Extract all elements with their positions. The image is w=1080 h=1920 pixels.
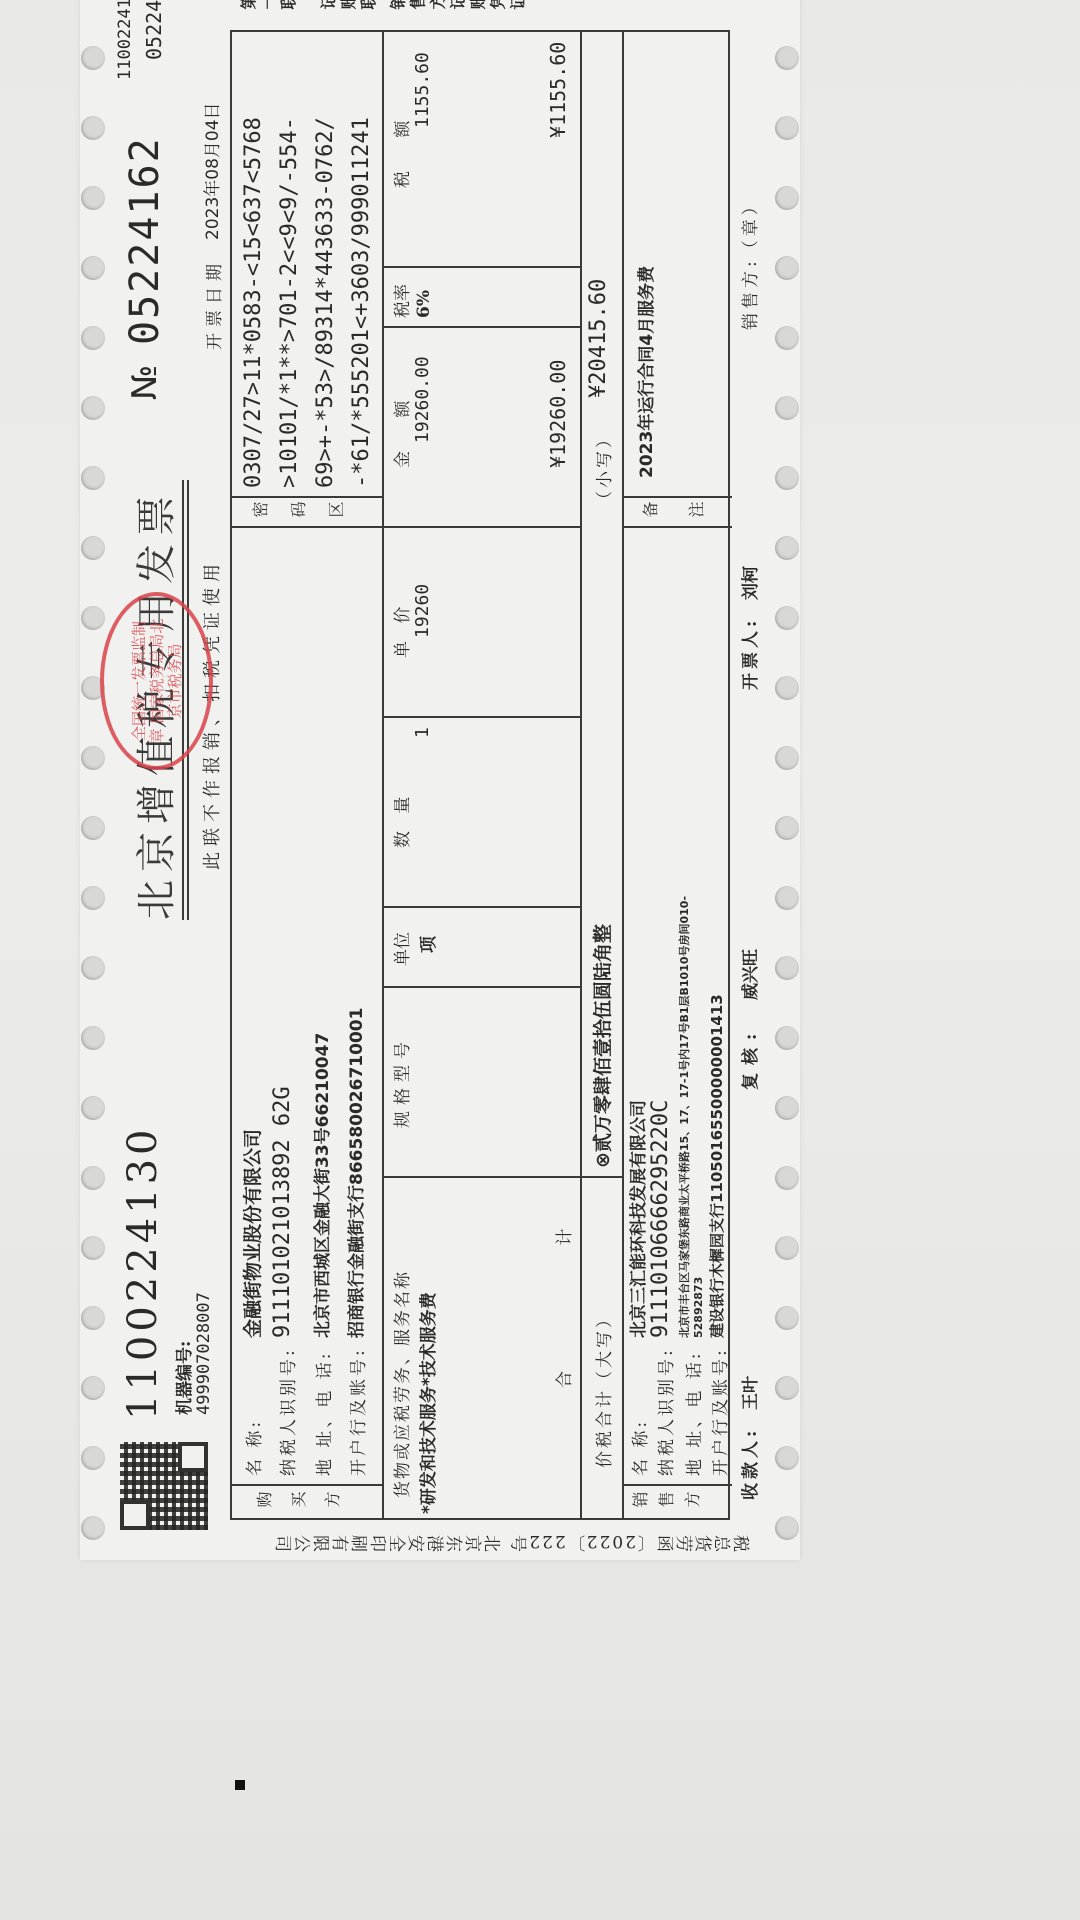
tractor-hole (775, 886, 799, 910)
tractor-hole (81, 1516, 105, 1540)
date-label: 开票日期 (200, 258, 225, 350)
copy-label: 第一联：记账联 销售方记账凭证 (240, 0, 700, 15)
tractor-hole (81, 536, 105, 560)
seller-tax-id-label: 纳税人识别号: (652, 1347, 677, 1476)
tractor-hole (775, 186, 799, 210)
machine-number: 499907028007 (194, 1292, 214, 1415)
tractor-hole (81, 1376, 105, 1400)
tractor-hole (775, 1096, 799, 1120)
tractor-hole (81, 46, 105, 70)
payee-label: 收款人: (736, 1427, 761, 1500)
tractor-hole (775, 326, 799, 350)
item-amount: 19260.00 (412, 356, 433, 443)
seller-name: 北京三汇能环科技发展有限公司 (624, 1100, 649, 1338)
header-item-name: 货物或应税劳务、服务名称 (388, 1270, 413, 1498)
remarks-label: 备注 (642, 499, 734, 522)
item-name: *研发和技术服务*技术服务费 (414, 1292, 439, 1514)
tractor-hole (775, 466, 799, 490)
grand-total-label: 价税合计（大写） (590, 1308, 615, 1468)
seller-bank: 建设银行木樨园支行11050165500000001413 (706, 994, 727, 1338)
seller-bank-label: 开户行及账号: (706, 1347, 731, 1476)
tractor-hole (81, 256, 105, 280)
cipher-line: -*61/*555201<+3603/999011241 (344, 117, 380, 488)
header-price: 单 价 (388, 601, 413, 658)
item-price: 19260 (412, 584, 433, 638)
official-stamp: 全国统一发票监制章 国家税务总局北京市税务局 (100, 592, 213, 770)
issue-date: 2023年08月04日 (198, 102, 223, 240)
item-rate: 6% (414, 290, 434, 318)
seller-tax-id: 91110106666295220C (648, 1100, 673, 1338)
invoice-code: 1100224130 (120, 1126, 166, 1421)
tractor-hole (775, 676, 799, 700)
cipher-line: 0307/27>11*0583-<15<637<5768 (236, 117, 272, 488)
item-tax: 1155.60 (412, 52, 433, 128)
buyer-name-label: 名 称: (240, 1419, 265, 1476)
cipher-lines: 0307/27>11*0583-<15<637<5768 >10101/*1**… (236, 117, 380, 488)
buyer-address: 北京市西城区金融大街33号66210047 (308, 1033, 333, 1338)
side-invoice-code: 1100224130 (115, 0, 135, 80)
tractor-hole (775, 1306, 799, 1330)
grand-total-small-label: （小写） (590, 428, 615, 508)
tractor-hole (775, 256, 799, 280)
tractor-hole (81, 1166, 105, 1190)
total-label: 合 计 (550, 1169, 575, 1388)
tractor-hole (81, 746, 105, 770)
tractor-hole (81, 466, 105, 490)
reviewer-name: 威兴旺 (736, 949, 761, 1000)
tractor-hole (81, 186, 105, 210)
tractor-hole (775, 746, 799, 770)
tractor-hole (81, 606, 105, 630)
seller-address-label: 地 址、电 话: (680, 1350, 705, 1476)
buyer-address-label: 地 址、电 话: (310, 1350, 335, 1476)
tractor-hole (81, 956, 105, 980)
total-tax: ¥1155.60 (546, 42, 570, 138)
tractor-hole (775, 1026, 799, 1050)
header-qty: 数 量 (388, 791, 413, 848)
header-amount: 金 额 (388, 387, 413, 468)
invoice-number-label: № (125, 365, 165, 400)
tractor-hole (81, 816, 105, 840)
issuer-label: 开票人: (736, 617, 761, 690)
tractor-holes-bottom (772, 0, 802, 1560)
seller-name-label: 名 称: (626, 1419, 651, 1476)
cipher-line: 69>+-*53>/89314*443633-0762/ (308, 117, 344, 488)
tractor-hole (775, 116, 799, 140)
tractor-hole (81, 1306, 105, 1330)
tractor-hole (775, 1516, 799, 1540)
tractor-hole (81, 396, 105, 420)
tractor-hole (775, 396, 799, 420)
issuer-name: 刘柯 (736, 566, 761, 600)
tractor-hole (775, 956, 799, 980)
payee-name: 王叶 (736, 1376, 761, 1410)
tractor-hole (81, 116, 105, 140)
tractor-hole (775, 536, 799, 560)
tractor-holes-top (78, 0, 108, 1560)
header-tax: 税 额 (388, 107, 413, 188)
item-unit: 项 (414, 936, 439, 953)
buyer-section-label: 购买方 (256, 1489, 358, 1512)
grand-total-small-value: ¥20415.60 (586, 279, 611, 398)
reviewer-label: 复核: (736, 1026, 761, 1090)
buyer-tax-id-label: 纳税人识别号: (274, 1347, 299, 1476)
header-rate: 税率 (388, 284, 413, 318)
printer-note: 税总货劳函〔2022〕222号 北京东港安全印刷有限公司 (230, 1529, 750, 1554)
buyer-tax-id: 911101021013892 62G (270, 1086, 295, 1338)
grand-total-uppercase: ⊗贰万零肆佰壹拾伍圆陆角整 (588, 924, 615, 1168)
seller-section-label: 销售方 (632, 1489, 710, 1512)
item-qty: 1 (412, 727, 433, 738)
tractor-hole (775, 1236, 799, 1260)
seller-address: 北京市丰台区马家堡东路商业太平桥路15、17、17-1号内17号B1层B1010… (678, 838, 706, 1338)
seller-seal-label: 销售方:（章） (736, 194, 761, 330)
invoice-paper: 1100224130 机器编号: 499907028007 北京增值税专用发票 … (80, 0, 800, 1560)
tractor-hole (81, 326, 105, 350)
buyer-bank: 招商银行金融街支行866580026710001 (342, 1008, 367, 1338)
tractor-hole (81, 886, 105, 910)
tractor-hole (81, 1096, 105, 1120)
header-spec: 规格型号 (388, 1036, 413, 1128)
machine-label: 机器编号: (170, 1341, 195, 1415)
remarks-text: 2023年运行合同4月服务费 (632, 266, 657, 478)
tractor-hole (775, 816, 799, 840)
tractor-hole (775, 46, 799, 70)
cipher-line: >10101/*1**>701-2<<9<9/-554- (272, 117, 308, 488)
tractor-hole (81, 1236, 105, 1260)
qr-code (120, 1442, 208, 1530)
total-amount: ¥19260.00 (546, 360, 570, 468)
invoice-number: 05224162 (122, 136, 168, 345)
tractor-hole (81, 1026, 105, 1050)
tractor-hole (81, 1446, 105, 1470)
tractor-hole (775, 606, 799, 630)
side-invoice-number: 05224162 (142, 0, 166, 60)
buyer-name: 金融街物业股份有限公司 (238, 1129, 265, 1338)
tractor-hole (775, 1166, 799, 1190)
buyer-bank-label: 开户行及账号: (344, 1347, 369, 1476)
tractor-hole (775, 1446, 799, 1470)
invoice-table: 购买方 名 称: 金融街物业股份有限公司 纳税人识别号: 91110102101… (230, 30, 730, 1520)
stamp-text: 全国统一发票监制章 国家税务总局北京市税务局 (130, 616, 184, 746)
header-unit: 单位 (388, 932, 413, 966)
cipher-section-label: 密码区 (252, 499, 366, 522)
alignment-mark (235, 1780, 245, 1790)
tractor-hole (775, 1376, 799, 1400)
